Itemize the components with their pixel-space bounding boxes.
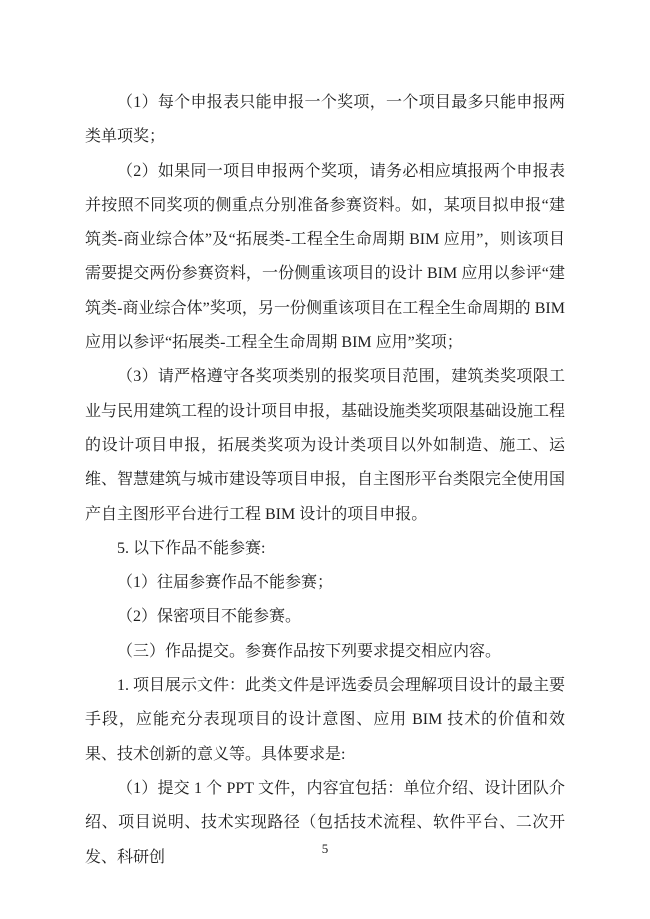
paragraph-sub-item-1: （1）往届参赛作品不能参赛； [85, 566, 565, 600]
paragraph-list-5: 5. 以下作品不能参赛: [85, 532, 565, 566]
paragraph-item-3: （3）请严格遵守各奖项类别的报奖项目范围，建筑类奖项限工业与民用建筑工程的设计项… [85, 360, 565, 531]
document-body: （1）每个申报表只能申报一个奖项，一个项目最多只能申报两类单项奖； （2）如果同… [85, 86, 565, 875]
page-number: 5 [0, 840, 650, 858]
paragraph-display-files: 1. 项目展示文件：此类文件是评选委员会理解项目设计的最主要手段，应能充分表现项… [85, 669, 565, 772]
paragraph-item-1: （1）每个申报表只能申报一个奖项，一个项目最多只能申报两类单项奖； [85, 86, 565, 155]
paragraph-item-2: （2）如果同一项目申报两个奖项，请务必相应填报两个申报表并按照不同奖项的侧重点分… [85, 155, 565, 361]
paragraph-sub-item-2: （2）保密项目不能参赛。 [85, 600, 565, 634]
paragraph-section-3: （三）作品提交。参赛作品按下列要求提交相应内容。 [85, 635, 565, 669]
paragraph-ppt-requirement: （1）提交 1 个 PPT 文件，内容宜包括：单位介绍、设计团队介绍、项目说明、… [85, 772, 565, 875]
document-page: （1）每个申报表只能申报一个奖项，一个项目最多只能申报两类单项奖； （2）如果同… [0, 0, 650, 919]
